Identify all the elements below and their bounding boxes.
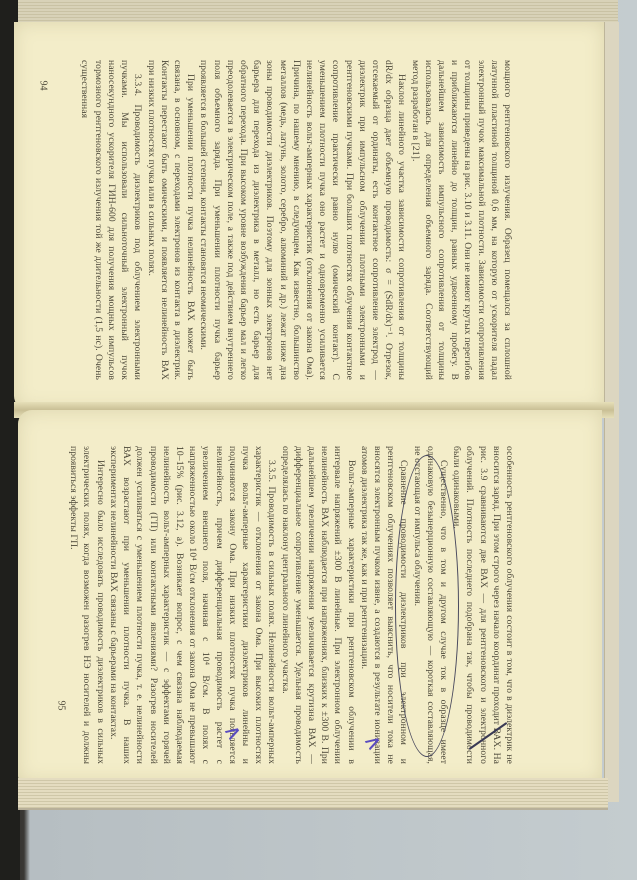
pen-circle-annotation — [395, 455, 459, 757]
page-number-95: 95 — [56, 701, 67, 711]
paragraph: мощного рентгеновского излучения. Образе… — [408, 60, 514, 380]
page-number-94: 94 — [38, 81, 49, 91]
page-95: особенность рентгеновского облучения сос… — [18, 410, 602, 782]
paragraph: Вольт-амперные характеристики при рентге… — [278, 446, 357, 764]
section-heading: 3.3.5. Проводимость в сильных полях. Нел… — [107, 446, 279, 764]
paragraph: Интересно было исследовать проводимость … — [67, 446, 107, 764]
paragraph: особенность рентгеновского облучения сос… — [450, 446, 516, 764]
paragraph: 3.3.4. Проводимость диэлектриков под обл… — [78, 60, 144, 380]
page-stack-bottom — [18, 778, 608, 810]
page-94-text: мощного рентгеновского излучения. Образе… — [78, 60, 514, 380]
paragraph: При уменьшении плотности пучка нелинейно… — [144, 60, 197, 380]
paragraph: Наклон линейного участка зависимости соп… — [197, 60, 408, 380]
page-94: мощного рентгеновского излучения. Образе… — [14, 22, 604, 410]
